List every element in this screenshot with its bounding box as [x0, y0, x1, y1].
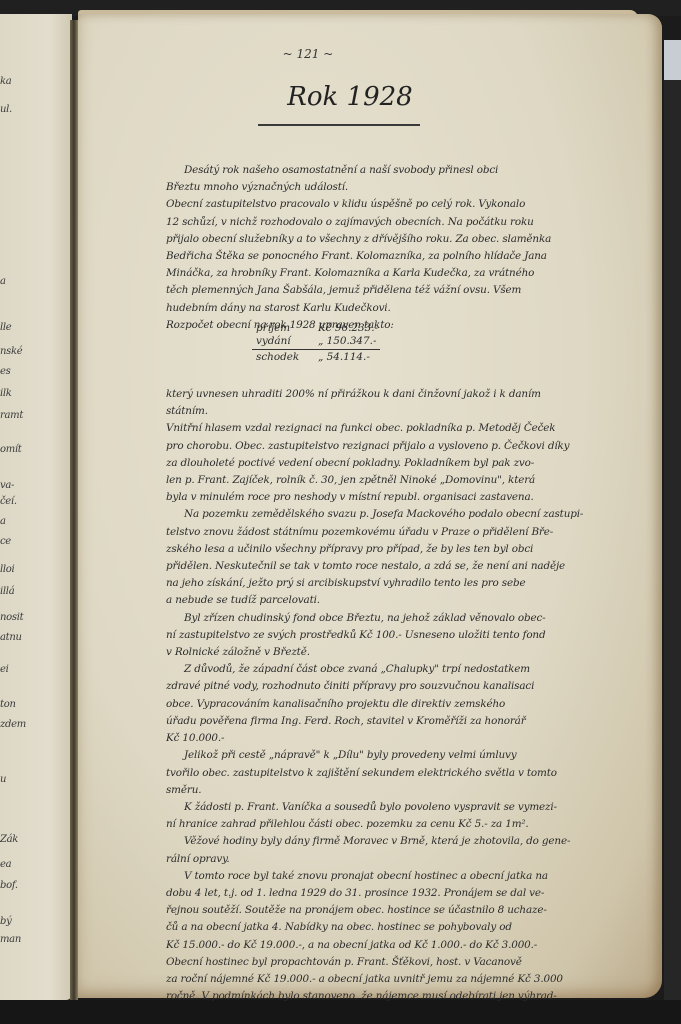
budget-value: Kč 96.233.-: [318, 322, 378, 335]
photo-background-right: [664, 80, 681, 1000]
text-line: ní zastupitelstvo ze svých prostředků Kč…: [166, 627, 634, 644]
left-page: ka ul. a lle nské es ilk ramt omít va- č…: [0, 14, 72, 1000]
text-line: směru.: [166, 782, 634, 799]
budget-spacer: [166, 334, 634, 386]
text-line: Kč 15.000.- do Kč 19.000.-, a na obecní …: [166, 937, 634, 954]
text-line: pro chorobu. Obec. zastupitelstvo rezign…: [166, 438, 634, 455]
left-page-fragment: ramt: [0, 410, 23, 421]
text-line: Kč 10.000.-: [166, 730, 634, 747]
text-line: Mináčka, za hrobníky Frant. Kolomazníka …: [166, 265, 634, 282]
left-page-fragment: bý: [0, 916, 11, 927]
budget-label: schodek: [256, 351, 308, 364]
background-light-strip: [664, 40, 681, 80]
text-line: Březtu mnoho význačných událostí.: [166, 179, 634, 196]
text-line: V tomto roce byl také znovu pronajat obe…: [166, 868, 634, 885]
left-page-fragment: a: [0, 276, 6, 287]
budget-row-income: příjem Kč 96.233.-: [256, 322, 396, 335]
page-title: Rok 1928: [270, 82, 430, 112]
text-line: Na pozemku zemědělského svazu p. Josefa …: [166, 506, 634, 523]
page-number: ~ 121 ~: [258, 47, 358, 61]
budget-row-deficit: schodek „ 54.114.-: [256, 351, 396, 364]
left-page-fragment: Zák: [0, 834, 18, 845]
left-page-fragment: čeí.: [0, 496, 17, 507]
text-line: ročně. V podmínkách bylo stanoveno, že n…: [166, 988, 634, 1005]
left-page-fragment: ka: [0, 76, 11, 87]
text-line: telstvo znovu žádost státnímu pozemkovém…: [166, 524, 634, 541]
text-line: Z důvodů, že západní část obce zvaná „Ch…: [166, 661, 634, 678]
left-page-fragment: zdem: [0, 719, 26, 730]
left-page-fragment: atnu: [0, 632, 22, 643]
text-line: zdravé pitné vody, rozhodnuto činiti pří…: [166, 678, 634, 695]
budget-table: příjem Kč 96.233.- vydání „ 150.347.- sc…: [256, 322, 396, 364]
text-line: Věžové hodiny byly dány firmě Moravec v …: [166, 833, 634, 850]
text-line: na jeho získání, ježto prý si arcibiskup…: [166, 575, 634, 592]
left-page-fragment: lle: [0, 322, 11, 333]
text-line: dobu 4 let, t.j. od 1. ledna 1929 do 31.…: [166, 885, 634, 902]
text-line: Jelikož při cestě „nápravě" k „Dílu" byl…: [166, 747, 634, 764]
chronicle-text: Desátý rok našeho osamostatnění a naší s…: [166, 162, 634, 1005]
text-line: rální opravy.: [166, 851, 634, 868]
left-page-fragment: lloi: [0, 564, 14, 575]
text-line: Vnitřní hlasem vzdal rezignaci na funkci…: [166, 420, 634, 437]
text-line: a nebude se tudíž parcelovati.: [166, 592, 634, 609]
text-line: Obecní hostinec byl propachtován p. Fran…: [166, 954, 634, 971]
text-line: přijalo obecní služebníky a to všechny z…: [166, 231, 634, 248]
budget-label: vydání: [256, 335, 308, 348]
left-page-fragment: ea: [0, 859, 11, 870]
left-page-fragment: a: [0, 516, 6, 527]
text-line: len p. Frant. Zajíček, rolník č. 30, jen…: [166, 472, 634, 489]
budget-value: „ 150.347.-: [318, 335, 376, 348]
left-page-fragment: ei: [0, 664, 9, 675]
text-line: který uvnesen uhraditi 200% ní přirážkou…: [166, 386, 634, 403]
text-line: řejnou soutěží. Soutěže na pronájem obec…: [166, 902, 634, 919]
left-page-fragment: nské: [0, 346, 22, 357]
text-line: Bedřicha Štěka se ponocného Frant. Kolom…: [166, 248, 634, 265]
text-line: byla v minulém roce pro neshody v místní…: [166, 489, 634, 506]
text-line: Byl zřízen chudinský fond obce Březtu, n…: [166, 610, 634, 627]
left-page-fragment: illá: [0, 586, 14, 597]
left-page-fragment: va-: [0, 480, 14, 491]
left-page-fragment: ce: [0, 536, 11, 547]
left-page-fragment: omít: [0, 444, 22, 455]
text-line: úřadu pověřena firma Ing. Ferd. Roch, st…: [166, 713, 634, 730]
text-line: 12 schůzí, v nichž rozhodovalo o zajímav…: [166, 214, 634, 231]
text-line: K žádosti p. Frant. Vaníčka a sousedů by…: [166, 799, 634, 816]
text-line: těch plemenných Jana Šabšála, jemuž přid…: [166, 282, 634, 299]
budget-sum-rule: [252, 349, 380, 350]
text-line: za roční nájemné Kč 19.000.- a obecní ja…: [166, 971, 634, 988]
text-line: zského lesa a učinilo všechny přípravy p…: [166, 541, 634, 558]
budget-label: příjem: [256, 322, 308, 335]
text-line: za dlouholeté poctivé vedení obecní pokl…: [166, 455, 634, 472]
text-line: v Rolnické záložně v Březtě.: [166, 644, 634, 661]
left-page-fragment: nosit: [0, 612, 23, 623]
text-line: obce. Vypracováním kanalisačního projekt…: [166, 696, 634, 713]
left-page-fragment: ton: [0, 699, 16, 710]
text-line: státním.: [166, 403, 634, 420]
left-page-fragment: ilk: [0, 388, 12, 399]
text-line: Obecní zastupitelstvo pracovalo v klidu …: [166, 196, 634, 213]
text-line: hudebním dány na starost Karlu Kudečkovi…: [166, 300, 634, 317]
text-line: čů a na obecní jatka 4. Nabídky na obec.…: [166, 919, 634, 936]
left-page-fragment: u: [0, 774, 6, 785]
left-page-fragment: bof.: [0, 880, 18, 891]
book-gutter: [70, 20, 78, 1000]
text-line: Desátý rok našeho osamostatnění a naší s…: [166, 162, 634, 179]
left-page-fragment: es: [0, 366, 10, 377]
text-line: přidělen. Neskutečnil se tak v tomto roc…: [166, 558, 634, 575]
title-underline: [258, 124, 420, 126]
text-line: ní hranice zahrad přilehlou části obec. …: [166, 816, 634, 833]
text-line: Rozpočet obecní na rok 1928 upraven takt…: [166, 317, 634, 334]
budget-row-expense: vydání „ 150.347.-: [256, 335, 396, 348]
text-line: tvořilo obec. zastupitelstvo k zajištění…: [166, 765, 634, 782]
budget-value: „ 54.114.-: [318, 351, 370, 364]
left-page-fragment: ul.: [0, 104, 12, 115]
left-page-fragment: man: [0, 934, 21, 945]
